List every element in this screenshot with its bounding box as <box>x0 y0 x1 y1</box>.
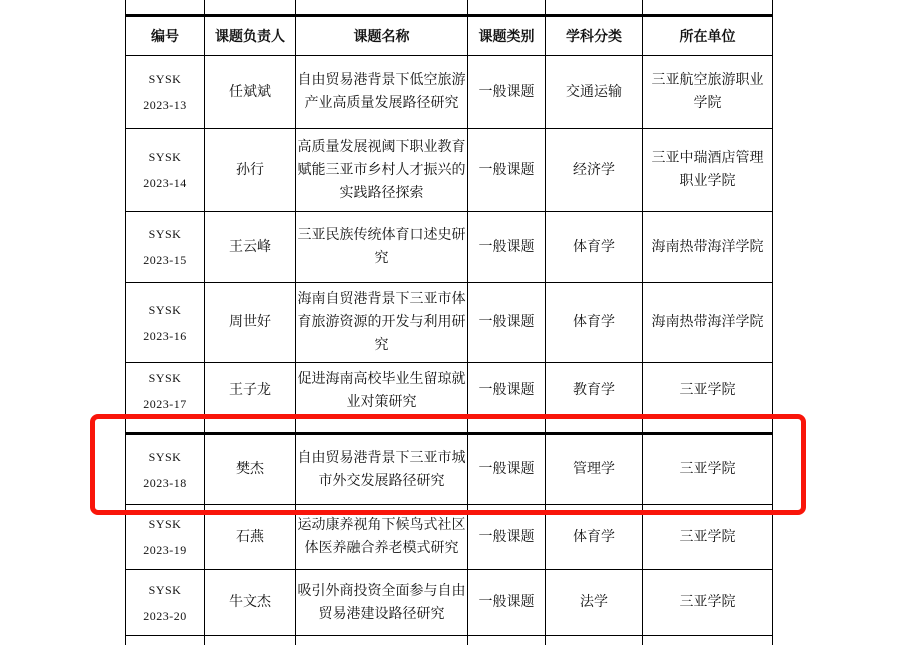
empty-cell <box>125 0 205 14</box>
code-prefix: SYSK <box>149 371 182 385</box>
cell-title: 自由贸易港背景下低空旅游产业高质量发展路径研究 <box>296 56 468 128</box>
code-number: 2023-15 <box>143 253 187 267</box>
cell-category: 一般课题 <box>468 435 546 504</box>
cell-code: SYSK 2023-18 <box>125 435 205 504</box>
empty-cell <box>205 419 296 432</box>
cell-unit: 三亚中瑞酒店管理职业学院 <box>643 129 773 211</box>
cell-title: 海南自贸港背景下三亚市体育旅游资源的开发与利用研究 <box>296 283 468 362</box>
cell-leader: 任斌斌 <box>205 56 296 128</box>
cell-discipline: 法学 <box>546 570 643 635</box>
code-prefix: SYSK <box>149 517 182 531</box>
code-number: 2023-16 <box>143 329 187 343</box>
cell-leader: 樊杰 <box>205 435 296 504</box>
empty-cell <box>468 0 546 14</box>
empty-cell <box>643 636 773 645</box>
cell-category: 一般课题 <box>468 56 546 128</box>
empty-cell <box>546 0 643 14</box>
empty-cell <box>643 419 773 432</box>
code-prefix: SYSK <box>149 150 182 164</box>
header-code: 编号 <box>125 17 205 55</box>
cell-title: 运动康养视角下候鸟式社区体医养融合养老模式研究 <box>296 505 468 569</box>
cell-title: 吸引外商投资全面参与自由贸易港建设路径研究 <box>296 570 468 635</box>
project-list-table: 编号 课题负责人 课题名称 课题类别 学科分类 所在单位 SYSK 2023-1… <box>125 0 773 645</box>
cell-category: 一般课题 <box>468 283 546 362</box>
cell-code: SYSK 2023-13 <box>125 56 205 128</box>
cell-code: SYSK 2023-14 <box>125 129 205 211</box>
cell-discipline: 教育学 <box>546 363 643 418</box>
cell-unit: 三亚学院 <box>643 570 773 635</box>
empty-cell <box>296 636 468 645</box>
table-row: SYSK 2023-13 任斌斌 自由贸易港背景下低空旅游产业高质量发展路径研究… <box>125 56 773 129</box>
empty-cell <box>468 419 546 432</box>
cell-category: 一般课题 <box>468 363 546 418</box>
cell-title: 促进海南高校毕业生留琼就业对策研究 <box>296 363 468 418</box>
cell-discipline: 体育学 <box>546 283 643 362</box>
cell-code: SYSK 2023-19 <box>125 505 205 569</box>
table-row: SYSK 2023-17 王子龙 促进海南高校毕业生留琼就业对策研究 一般课题 … <box>125 363 773 419</box>
cell-title: 自由贸易港背景下三亚市城市外交发展路径研究 <box>296 435 468 504</box>
cell-category: 一般课题 <box>468 129 546 211</box>
table-header-row: 编号 课题负责人 课题名称 课题类别 学科分类 所在单位 <box>125 17 773 56</box>
empty-cell <box>205 0 296 14</box>
cell-leader: 牛文杰 <box>205 570 296 635</box>
empty-cell <box>468 636 546 645</box>
code-number: 2023-19 <box>143 543 187 557</box>
cell-title: 三亚民族传统体育口述史研究 <box>296 212 468 282</box>
cell-category: 一般课题 <box>468 505 546 569</box>
header-leader: 课题负责人 <box>205 17 296 55</box>
cell-code: SYSK 2023-17 <box>125 363 205 418</box>
table-row-highlighted: SYSK 2023-18 樊杰 自由贸易港背景下三亚市城市外交发展路径研究 一般… <box>125 435 773 505</box>
cell-unit: 海南热带海洋学院 <box>643 283 773 362</box>
table-row: SYSK 2023-15 王云峰 三亚民族传统体育口述史研究 一般课题 体育学 … <box>125 212 773 283</box>
cell-unit: 海南热带海洋学院 <box>643 212 773 282</box>
cell-leader: 周世好 <box>205 283 296 362</box>
cell-unit: 三亚航空旅游职业学院 <box>643 56 773 128</box>
cell-category: 一般课题 <box>468 212 546 282</box>
empty-cell <box>125 636 205 645</box>
cell-discipline: 经济学 <box>546 129 643 211</box>
empty-cell <box>546 419 643 432</box>
empty-cell <box>296 0 468 14</box>
empty-cell <box>643 0 773 14</box>
partial-row-top <box>125 0 773 17</box>
code-number: 2023-14 <box>143 176 187 190</box>
table-row: SYSK 2023-20 牛文杰 吸引外商投资全面参与自由贸易港建设路径研究 一… <box>125 570 773 636</box>
cell-discipline: 体育学 <box>546 212 643 282</box>
code-number: 2023-13 <box>143 98 187 112</box>
spacer-row <box>125 419 773 435</box>
code-number: 2023-17 <box>143 397 187 411</box>
empty-cell <box>125 419 205 432</box>
cell-unit: 三亚学院 <box>643 435 773 504</box>
cell-unit: 三亚学院 <box>643 505 773 569</box>
code-prefix: SYSK <box>149 227 182 241</box>
empty-cell <box>205 636 296 645</box>
cell-unit: 三亚学院 <box>643 363 773 418</box>
cell-code: SYSK 2023-20 <box>125 570 205 635</box>
cell-leader: 王子龙 <box>205 363 296 418</box>
cell-leader: 王云峰 <box>205 212 296 282</box>
cell-discipline: 体育学 <box>546 505 643 569</box>
cell-title: 高质量发展视阈下职业教育赋能三亚市乡村人才振兴的实践路径探索 <box>296 129 468 211</box>
table-row: SYSK 2023-16 周世好 海南自贸港背景下三亚市体育旅游资源的开发与利用… <box>125 283 773 363</box>
code-prefix: SYSK <box>149 450 182 464</box>
empty-cell <box>296 419 468 432</box>
table-row: SYSK 2023-14 孙行 高质量发展视阈下职业教育赋能三亚市乡村人才振兴的… <box>125 129 773 212</box>
cell-leader: 石燕 <box>205 505 296 569</box>
cell-leader: 孙行 <box>205 129 296 211</box>
cell-discipline: 管理学 <box>546 435 643 504</box>
cell-discipline: 交通运输 <box>546 56 643 128</box>
header-category: 课题类别 <box>468 17 546 55</box>
code-prefix: SYSK <box>149 303 182 317</box>
header-title: 课题名称 <box>296 17 468 55</box>
code-number: 2023-20 <box>143 609 187 623</box>
table-row: SYSK 2023-19 石燕 运动康养视角下候鸟式社区体医养融合养老模式研究 … <box>125 505 773 570</box>
cell-code: SYSK 2023-15 <box>125 212 205 282</box>
cell-code: SYSK 2023-16 <box>125 283 205 362</box>
code-number: 2023-18 <box>143 476 187 490</box>
empty-cell <box>546 636 643 645</box>
header-unit: 所在单位 <box>643 17 773 55</box>
code-prefix: SYSK <box>149 72 182 86</box>
code-prefix: SYSK <box>149 583 182 597</box>
cell-category: 一般课题 <box>468 570 546 635</box>
header-discipline: 学科分类 <box>546 17 643 55</box>
partial-row-bottom <box>125 636 773 645</box>
